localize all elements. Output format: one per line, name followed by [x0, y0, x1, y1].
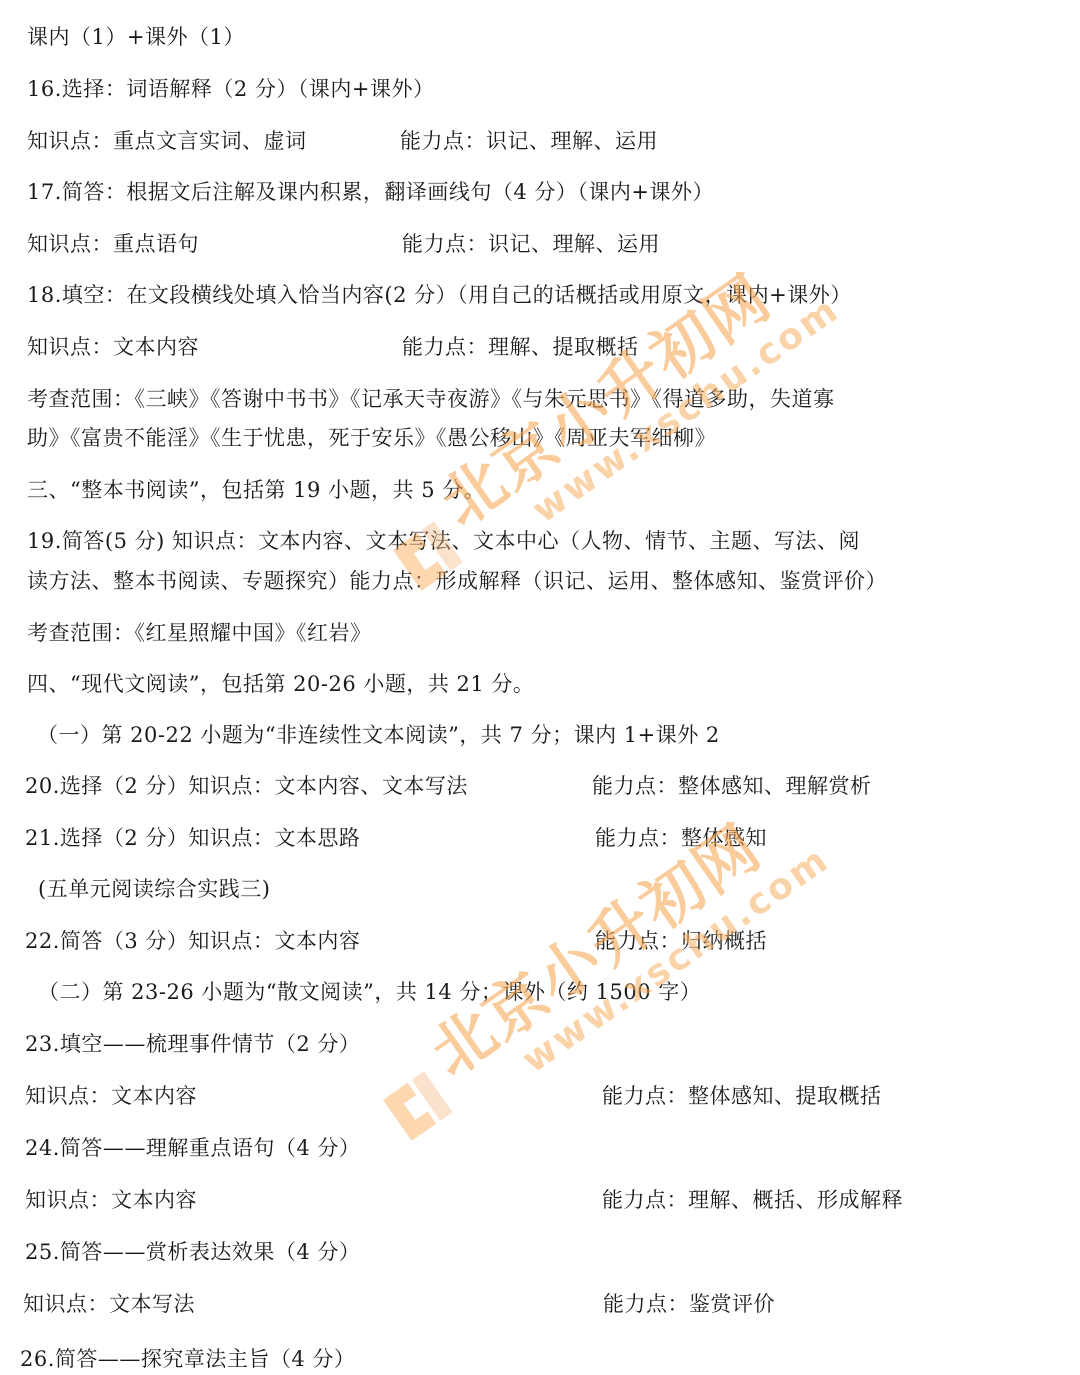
section-4-heading: 四、“现代文阅读”，包括第 20-26 小题，共 21 分。 [27, 671, 534, 697]
question-21: 21.选择（2 分）知识点：文本思路 [25, 825, 360, 851]
knowledge-point-25: 知识点：文本写法 [23, 1291, 195, 1317]
section-3-heading: 三、“整本书阅读”，包括第 19 小题，共 5 分。 [27, 477, 485, 503]
ability-point-18: 能力点：理解、提取概括 [402, 334, 639, 360]
watermark-url: www.xschu.com [515, 839, 837, 1082]
subsection-1-heading: （一）第 20-22 小题为“非连续性文本阅读”，共 7 分；课内 1+课外 2 [37, 722, 720, 748]
knowledge-point-24: 知识点：文本内容 [25, 1187, 197, 1213]
knowledge-point-17: 知识点：重点语句 [27, 231, 199, 257]
ability-point-24: 能力点：理解、概括、形成解释 [602, 1187, 903, 1213]
scope-note: 课内（1）+课外（1） [27, 24, 245, 50]
exam-scope-classical-cont: 助》《富贵不能淫》《生于忧患，死于安乐》《愚公移山》《周亚夫军细柳》 [27, 425, 716, 451]
exam-scope-books: 考查范围：《红星照耀中国》《红岩》 [27, 620, 372, 646]
knowledge-point-23: 知识点：文本内容 [25, 1083, 197, 1109]
question-22: 22.简答（3 分）知识点：文本内容 [25, 928, 360, 954]
question-19-cont: 读方法、整本书阅读、专题探究）能力点：形成解释（识记、运用、整体感知、鉴赏评价） [27, 568, 887, 594]
subsection-2-heading: （二）第 23-26 小题为“散文阅读”，共 14 分；课外（约 1500 字） [38, 979, 701, 1005]
question-17: 17.简答：根据文后注解及课内积累，翻译画线句（4 分）（课内+课外） [27, 179, 714, 205]
ability-point-16: 能力点：识记、理解、运用 [400, 128, 658, 154]
question-26: 26.简答——探究章法主旨（4 分） [20, 1346, 355, 1372]
ability-point-17: 能力点：识记、理解、运用 [402, 231, 660, 257]
question-24: 24.简答——理解重点语句（4 分） [25, 1135, 360, 1161]
ability-point-25: 能力点：鉴赏评价 [603, 1291, 775, 1317]
ability-point-21: 能力点：整体感知 [595, 825, 767, 851]
question-21-note: (五单元阅读综合实践三) [38, 876, 270, 902]
exam-scope-classical: 考查范围：《三峡》《答谢中书书》《记承天寺夜游》《与朱元思书》《得道多助，失道寡 [27, 386, 835, 412]
question-23: 23.填空——梳理事件情节（2 分） [25, 1031, 360, 1057]
question-18: 18.填空：在文段横线处填入恰当内容(2 分）（用自己的话概括或用原文，课内+课… [27, 282, 852, 308]
knowledge-point-18: 知识点：文本内容 [27, 334, 199, 360]
question-25: 25.简答——赏析表达效果（4 分） [25, 1239, 360, 1265]
knowledge-point-16: 知识点：重点文言实词、虚词 [27, 128, 307, 154]
ability-point-20: 能力点：整体感知、理解赏析 [592, 773, 872, 799]
ability-point-23: 能力点：整体感知、提取概括 [602, 1083, 882, 1109]
logo-icon [369, 1057, 466, 1154]
question-19: 19.简答(5 分) 知识点：文本内容、文本写法、文本中心（人物、情节、主题、写… [27, 528, 860, 554]
ability-point-22: 能力点：归纳概括 [595, 928, 767, 954]
question-16: 16.选择：词语解释（2 分）（课内+课外） [27, 76, 435, 102]
question-20: 20.选择（2 分）知识点：文本内容、文本写法 [25, 773, 468, 799]
